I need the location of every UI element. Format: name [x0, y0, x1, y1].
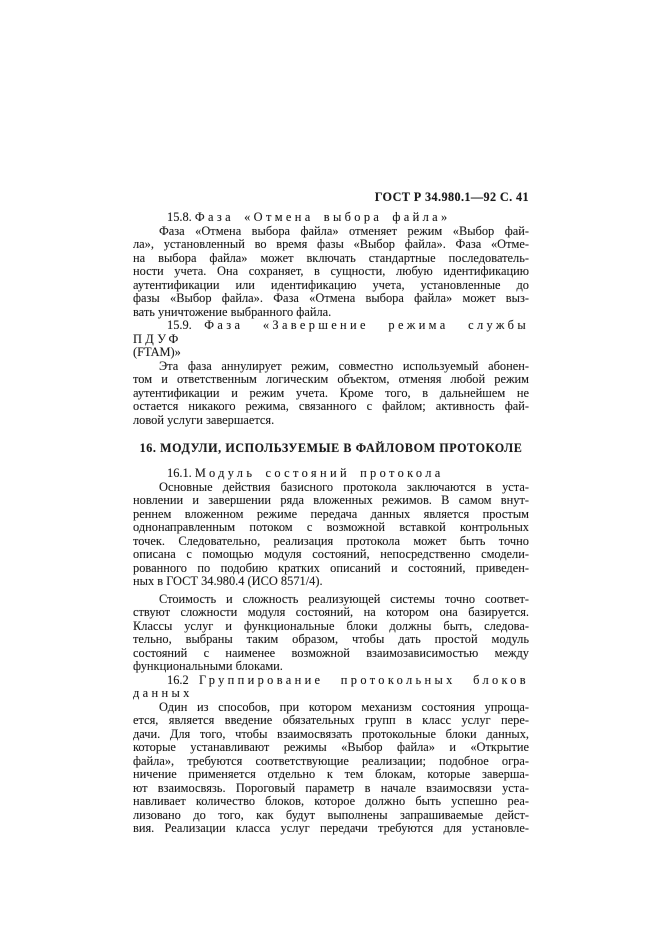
paragraph-line: функциональными блоками. — [133, 660, 529, 674]
paragraph-line: вия. Реализации класса услуг передачи тр… — [133, 822, 529, 836]
paragraph-line: лизовано до того, как будут выполнены за… — [133, 809, 529, 823]
heading-line: данных — [133, 687, 529, 701]
heading-text: Модуль состояний протокола — [195, 466, 444, 480]
subsection-heading: 16.2 Группирование протокольных блоковда… — [133, 674, 529, 701]
paragraph: Основные действия базисного протокола за… — [133, 481, 529, 589]
subsection-heading: 15.9. Фаза «Завершение режима службы ПДУ… — [133, 319, 529, 360]
paragraph-line: тельно, выбраны таким образом, чтобы дат… — [133, 633, 529, 647]
heading-text: Группирование протокольных блоков — [199, 673, 529, 687]
heading-text: 16.1. — [167, 466, 195, 480]
paragraph-line: навливает количество блоков, которое дол… — [133, 795, 529, 809]
heading-text: 15.8. — [167, 210, 195, 224]
paragraph-line: аутентификации и режим учета. Кроме того… — [133, 387, 529, 401]
paragraph-line: рованного по подобию кратких описаний и … — [133, 562, 529, 576]
paragraph-line: реннем вложенном режиме передача данных … — [133, 508, 529, 522]
text-column: ГОСТ Р 34.980.1—92 С. 41 15.8. Фаза «Отм… — [133, 190, 529, 836]
heading-text: 15.9. — [167, 318, 204, 332]
paragraph-line: состояний с наименее возможной взаимозав… — [133, 647, 529, 661]
paragraph-line: ничение применяется отдельно к тем блока… — [133, 768, 529, 782]
paragraph-line: которые устанавливают режимы «Выбор файл… — [133, 741, 529, 755]
heading-line: 16.2 Группирование протокольных блоков — [133, 674, 529, 688]
paragraph-line: ных в ГОСТ 34.980.4 (ИСО 8571/4). — [133, 575, 529, 589]
paragraph-line: новлении и завершении ряда вложенных реж… — [133, 494, 529, 508]
heading-text: данных — [133, 686, 193, 700]
paragraph-line: файла», требуются соответствующие реализ… — [133, 755, 529, 769]
paragraph-line: однонаправленным потоком с возможной вст… — [133, 521, 529, 535]
heading-line: 15.9. Фаза «Завершение режима службы ПДУ… — [133, 319, 529, 346]
paragraph-line: Основные действия базисного протокола за… — [133, 481, 529, 495]
paragraph-line: дачи. Для того, чтобы взаимосвязать прот… — [133, 728, 529, 742]
paragraph-line: Фаза «Отмена выбора файла» отменяет режи… — [133, 225, 529, 239]
paragraph: Фаза «Отмена выбора файла» отменяет режи… — [133, 225, 529, 320]
heading-text: 16.2 — [167, 673, 199, 687]
heading-line: 15.8. Фаза «Отмена выбора файла» — [133, 211, 529, 225]
paragraph-line: ется, является введение обязательных гру… — [133, 714, 529, 728]
section-heading: 16. МОДУЛИ, ИСПОЛЬЗУЕМЫЕ В ФАЙЛОВОМ ПРОТ… — [133, 441, 529, 455]
paragraph-line: ствуют сложности модуля состояний, на ко… — [133, 606, 529, 620]
paragraph-line: фазы «Выбор файла». Фаза «Отмена выбора … — [133, 292, 529, 306]
heading-line: 16.1. Модуль состояний протокола — [133, 467, 529, 481]
subsection-heading: 16.1. Модуль состояний протокола — [133, 467, 529, 481]
paragraph-line: описана с помощью модуля состояний, непо… — [133, 548, 529, 562]
heading-line: (FTAM)» — [133, 346, 529, 360]
paragraph: Стоимость и сложность реализующей систем… — [133, 593, 529, 674]
paragraph: Эта фаза аннулирует режим, совместно исп… — [133, 360, 529, 428]
paragraph-line: на выбора файла» может включать стандарт… — [133, 252, 529, 266]
subsection-heading: 15.8. Фаза «Отмена выбора файла» — [133, 211, 529, 225]
paragraph-line: аутентификации или идентификацию учета, … — [133, 279, 529, 293]
paragraph-line: том и ответственным логическим объектом,… — [133, 373, 529, 387]
paragraph-line: ловой услуги завершается. — [133, 414, 529, 428]
paragraph-line: ла», установленный во время фазы «Выбор … — [133, 238, 529, 252]
paragraph-line: Один из способов, при котором механизм с… — [133, 701, 529, 715]
paragraph-line: Стоимость и сложность реализующей систем… — [133, 593, 529, 607]
paragraph-line: точек. Следовательно, реализация протоко… — [133, 535, 529, 549]
paragraph: Один из способов, при котором механизм с… — [133, 701, 529, 836]
paragraph-line: вать уничтожение выбранного файла. — [133, 306, 529, 320]
heading-text: Фаза «Отмена выбора файла» — [195, 210, 451, 224]
page-header: ГОСТ Р 34.980.1—92 С. 41 — [133, 190, 529, 204]
document-page: ГОСТ Р 34.980.1—92 С. 41 15.8. Фаза «Отм… — [0, 0, 661, 935]
paragraph-line: Классы услуг и функциональные блоки долж… — [133, 620, 529, 634]
paragraph-line: ности учета. Она сохраняет, в сущности, … — [133, 265, 529, 279]
paragraph-line: Эта фаза аннулирует режим, совместно исп… — [133, 360, 529, 374]
paragraph-line: ют взаимосвязь. Пороговый параметр в нач… — [133, 782, 529, 796]
heading-text: (FTAM)» — [133, 345, 181, 359]
paragraph-line: остается никакого режима, связанного с ф… — [133, 400, 529, 414]
